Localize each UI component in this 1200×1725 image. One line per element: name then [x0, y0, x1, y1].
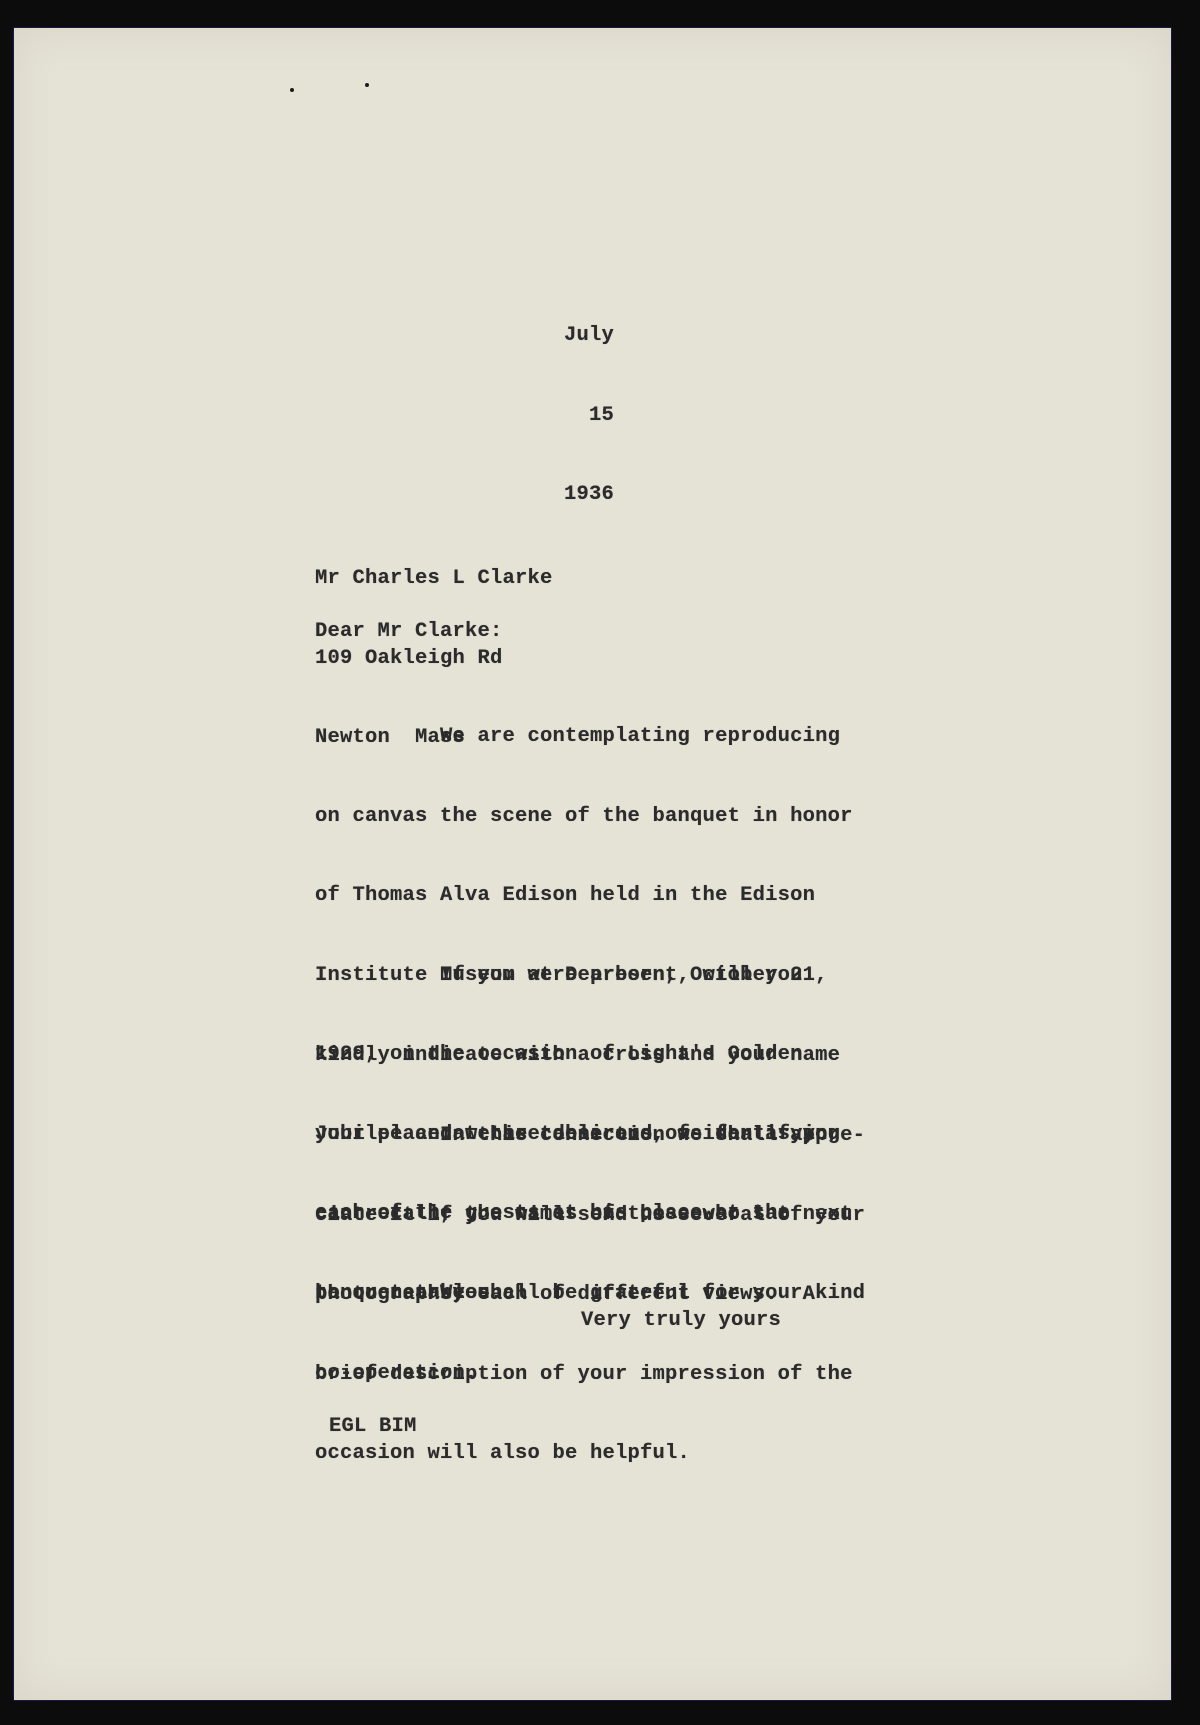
punch-mark: [365, 83, 369, 87]
date-month: July: [564, 323, 614, 350]
paragraph-line: In this connection we shall appre-: [315, 1123, 865, 1150]
paragraph-line: co-operation.: [315, 1361, 865, 1388]
reference-initials: EGL BIM: [329, 1414, 417, 1441]
paragraph-line: occasion will also be helpful.: [315, 1441, 865, 1468]
paragraph-line: We are contemplating reproducing: [315, 724, 853, 751]
letter-date: July 15 1936: [564, 270, 614, 535]
paragraph-line: on canvas the scene of the banquet in ho…: [315, 804, 853, 831]
paragraph-line: kindly indicate with a cross and your na…: [315, 1043, 853, 1070]
date-day: 15: [564, 403, 614, 430]
paragraph-line: If you were present, will you: [315, 963, 853, 990]
salutation: Dear Mr Clarke:: [315, 619, 503, 646]
recipient-name: Mr Charles L Clarke: [315, 566, 553, 593]
recipient-street: 109 Oakleigh Rd: [315, 646, 553, 673]
punch-mark: [290, 88, 294, 92]
complimentary-closing: Very truly yours: [581, 1308, 781, 1335]
date-year: 1936: [564, 482, 614, 509]
paragraph-line: ciate it if you will send us several of …: [315, 1203, 865, 1230]
paragraph-line: We shall be grateful for your kind: [315, 1281, 865, 1308]
paragraph-line: of Thomas Alva Edison held in the Edison: [315, 883, 853, 910]
